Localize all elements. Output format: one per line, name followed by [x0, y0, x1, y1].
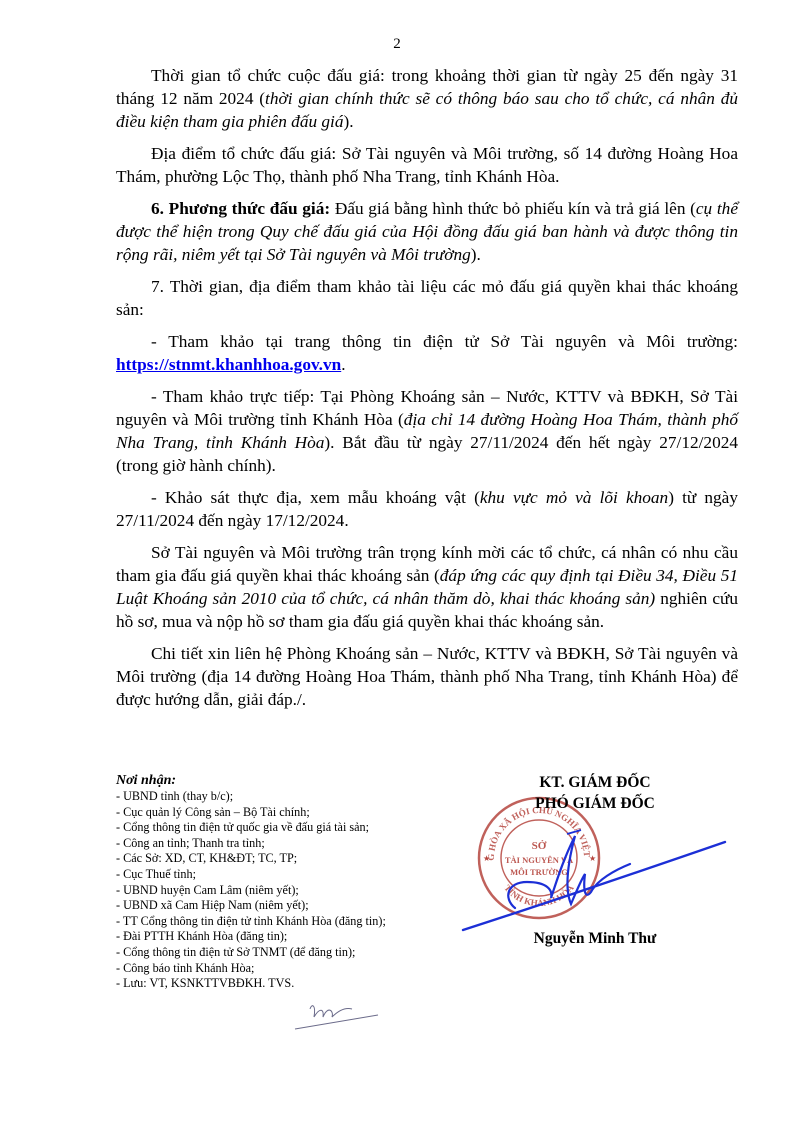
recipient-item: - Cục Thuế tỉnh;	[116, 867, 476, 883]
auction-method-paragraph: 6. Phương thức đấu giá: Đấu giá bằng hìn…	[116, 197, 738, 266]
signature-title-2: PHÓ GIÁM ĐỐC	[470, 793, 720, 814]
recipient-item: - TT Cổng thông tin điện tử tỉnh Khánh H…	[116, 914, 476, 930]
initials-scribble	[290, 995, 380, 1035]
handwritten-signature	[455, 820, 735, 940]
reference-direct-paragraph: - Tham khảo trực tiếp: Tại Phòng Khoáng …	[116, 385, 738, 477]
auction-location-paragraph: Địa điểm tổ chức đấu giá: Sở Tài nguyên …	[116, 142, 738, 188]
recipient-item: - Cục quản lý Công sản – Bộ Tài chính;	[116, 805, 476, 821]
signature-title-1: KT. GIÁM ĐỐC	[470, 772, 720, 793]
page-number: 2	[0, 36, 794, 53]
recipients-list: Nơi nhận: - UBND tỉnh (thay b/c);- Cục q…	[116, 772, 476, 992]
document-body: Thời gian tổ chức cuộc đấu giá: trong kh…	[116, 64, 738, 720]
recipient-item: - UBND huyện Cam Lâm (niêm yết);	[116, 883, 476, 899]
signer-name: Nguyễn Minh Thư	[470, 930, 720, 948]
recipient-item: - Công an tỉnh; Thanh tra tỉnh;	[116, 836, 476, 852]
reference-heading-paragraph: 7. Thời gian, địa điểm tham khảo tài liệ…	[116, 275, 738, 321]
website-link[interactable]: https://stnmt.khanhhoa.gov.vn	[116, 355, 341, 374]
invitation-paragraph: Sở Tài nguyên và Môi trường trân trọng k…	[116, 541, 738, 633]
field-survey-paragraph: - Khảo sát thực địa, xem mẫu khoáng vật …	[116, 486, 738, 532]
reference-website-paragraph: - Tham khảo tại trang thông tin điện tử …	[116, 330, 738, 376]
recipient-item: - Cổng thông tin điện tử Sở TNMT (để đăn…	[116, 945, 476, 961]
recipient-item: - Đài PTTH Khánh Hòa (đăng tin);	[116, 929, 476, 945]
recipient-item: - Cổng thông tin điện tử quốc gia về đấu…	[116, 820, 476, 836]
recipient-item: - Các Sở: XD, CT, KH&ĐT; TC, TP;	[116, 851, 476, 867]
signature-block: KT. GIÁM ĐỐC PHÓ GIÁM ĐỐC	[470, 772, 720, 814]
recipient-item: - UBND tỉnh (thay b/c);	[116, 789, 476, 805]
contact-paragraph: Chi tiết xin liên hệ Phòng Khoáng sản – …	[116, 642, 738, 711]
auction-time-paragraph: Thời gian tổ chức cuộc đấu giá: trong kh…	[116, 64, 738, 133]
recipients-title: Nơi nhận:	[116, 772, 476, 789]
recipient-item: - Lưu: VT, KSNKTTVBĐKH. TVS.	[116, 976, 476, 992]
recipient-items: - UBND tỉnh (thay b/c);- Cục quản lý Côn…	[116, 789, 476, 992]
recipient-item: - UBND xã Cam Hiệp Nam (niêm yết);	[116, 898, 476, 914]
recipient-item: - Công báo tỉnh Khánh Hòa;	[116, 961, 476, 977]
